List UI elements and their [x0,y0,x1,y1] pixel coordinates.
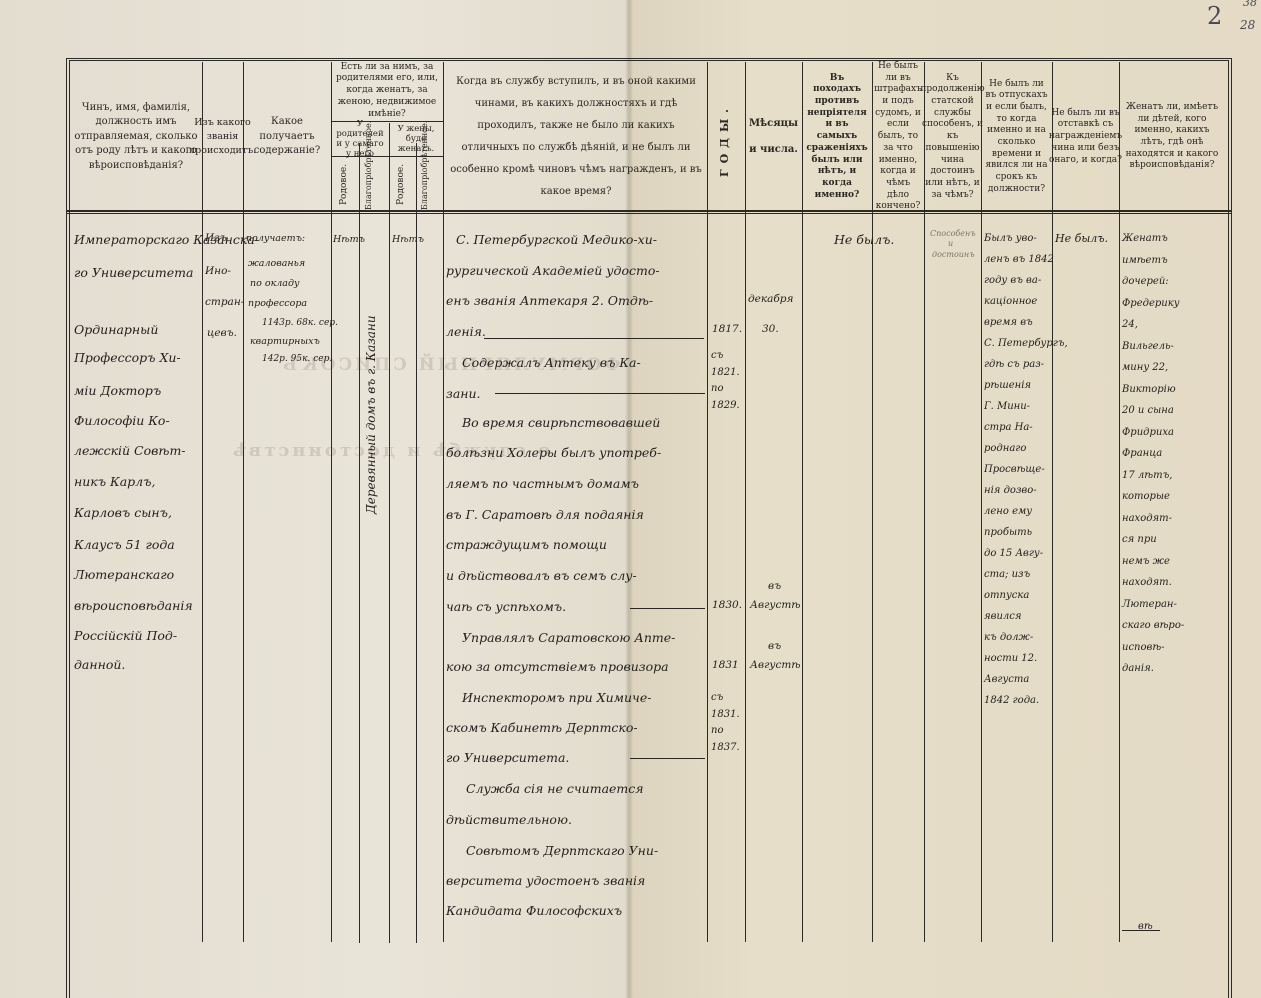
handwritten-line: С. Петербургъ, [984,333,1052,354]
handwritten-line: Кандидата Философскихъ [446,903,622,918]
entry-campaigns: Не былъ. [834,232,894,247]
handwritten-line: нія дозво- [984,480,1052,501]
header-property-parents: У родителей и у самаго у него [331,122,389,156]
handwritten-line: Лютеран- [1122,594,1222,616]
handwritten-line: го Университета [74,265,193,280]
month-value: въ [768,640,781,652]
handwritten-line: стран- [205,296,244,308]
handwritten-line: Франца [1122,443,1222,465]
handwritten-line: немъ же [1122,551,1222,573]
handwritten-line: Россійскій Под- [74,628,177,643]
year-value: съ 1821. по 1829. [711,348,743,414]
handwritten-line: получаетъ: [246,233,305,244]
header-family: Женатъ ли, имѣетъ ли дѣтей, кого именно,… [1119,64,1225,210]
header-penalties: Не былъ ли въ штрафахъ и подъ судомъ, и … [872,64,924,210]
handwritten-line: никъ Карлъ, [74,474,155,489]
handwritten-line: Профессоръ Хи- [74,350,181,365]
handwritten-line: находят. [1122,572,1222,594]
handwritten-line: Женатъ [1122,228,1222,250]
handwritten-line: Служба сія не считается [466,781,644,796]
header-salary: Какое получаетъ содержаніе? [243,64,331,210]
handwritten-line: Во время свирѣпствовавшей [462,415,660,430]
handwritten-line: лено ему [984,501,1052,522]
handwritten-line: Содержалъ Аптеку въ Ка- [462,355,641,370]
header-campaigns: Въ походахъ противъ непріятеля и въ самы… [802,64,872,210]
handwritten-line: 1143р. 68к. сер. [262,318,338,328]
handwritten-line: квартирныхъ [250,336,320,347]
handwritten-line: дочерей: [1122,271,1222,293]
fill-line [630,608,705,609]
col-divider [331,62,332,942]
handwritten-line: ленія. [446,324,486,339]
handwritten-line: по окладу [250,278,300,289]
handwritten-line: Фридриха [1122,422,1222,444]
year-value: 1830. [712,599,742,611]
handwritten-line: ленъ въ 1842 [984,249,1052,270]
handwritten-line: болѣзни Холеры былъ употреб- [446,445,661,460]
handwritten-line: Былъ уво- [984,228,1052,249]
col-divider [416,143,417,943]
header-ancestral-wife: Родовое. [396,160,407,208]
handwritten-line: дѣйствительною. [446,812,572,827]
header-service-record: Когда въ службу вступилъ, и въ оной каки… [445,64,707,210]
handwritten-line: 142р. 95к. сер. [262,354,332,364]
handwritten-line: пробыть [984,522,1052,543]
handwritten-line: го Университета. [446,750,569,765]
handwritten-line: скомъ Кабинетѣ Дерптско- [446,720,638,735]
handwritten-line: мину 22, [1122,357,1222,379]
month-value: Августѣ [750,659,801,671]
year-value: 1817. [712,323,742,335]
month-value: декабря [748,293,793,305]
entry-ancestral-wife: Нѣтъ [392,234,424,245]
pencil-page-number: 2 [1207,2,1222,30]
handwritten-line: Г. Мини- [984,396,1052,417]
handwritten-line: Вильгель- [1122,336,1222,358]
year-value: съ 1831. по 1837. [711,690,743,756]
fill-line [495,393,705,394]
handwritten-line: Августа [984,669,1052,690]
handwritten-line: время въ [984,312,1052,333]
handwritten-line: 1842 года. [984,690,1052,711]
month-value: 30. [762,323,779,335]
handwritten-line: ся при [1122,529,1222,551]
header-acquired-wife: Благопріобрѣтенное. [420,158,442,210]
col-divider [389,123,390,943]
handwritten-line: имѣетъ [1122,250,1222,272]
handwritten-line: С. Петербургской Медико-хи- [456,232,657,247]
handwritten-line: жалованья [248,258,305,269]
handwritten-line: Императорскаго Казанска- [74,232,259,247]
handwritten-line: рѣшенія [984,375,1052,396]
handwritten-line: исповѣ- [1122,637,1222,659]
handwritten-line: Философіи Ко- [74,413,170,428]
handwritten-line: ляемъ по частнымъ домамъ [446,476,639,491]
handwritten-line: году въ ва- [984,270,1052,291]
header-fitness: Къ продолженію статской службы способенъ… [924,64,981,210]
handwritten-line: вѣроисповѣданія [74,598,193,613]
handwritten-line: которые [1122,486,1222,508]
handwritten-line: Ино- [205,265,231,277]
header-months-days: Мѣсяцы и числа. [745,64,802,210]
handwritten-line: и дѣйствовалъ въ семъ слу- [446,568,637,583]
month-value: въ [768,580,781,592]
entry-family: Женатъ имѣетъ дочерей: Фредерику 24, Вил… [1122,228,1222,680]
month-value: Августѣ [750,599,801,611]
year-value: 1831 [712,659,739,671]
handwritten-line: страждущимъ помощи [446,537,607,552]
handwritten-line: данія. [1122,658,1222,680]
handwritten-line: зани. [446,386,481,401]
handwritten-line: цевъ. [207,327,237,339]
handwritten-line: леж­скій Совѣт- [74,443,186,458]
handwritten-line: Викторію [1122,379,1222,401]
header-leaves: Не былъ ли въ отпускахъ и если былъ, то … [981,64,1052,210]
header-ancestral-parents: Родовое. [339,160,350,208]
continuation-stroke [1122,930,1160,931]
handwritten-line: Клаусъ 51 года [74,537,175,552]
fill-line [630,758,705,759]
header-rank-name: Чинъ, имя, фамилія, должность имъ отправ… [70,64,202,210]
handwritten-line: енъ званія Аптекаря 2. Отдѣ- [446,293,653,308]
handwritten-line: до 15 Авгу- [984,543,1052,564]
header-years: ГОДЫ. [718,90,731,190]
handwritten-line: Инспекторомъ при Химиче- [462,690,651,705]
handwritten-line: роднаго [984,438,1052,459]
header-origin: Изъ какого званія происходитъ. [202,64,243,210]
handwritten-line: явился [984,606,1052,627]
handwritten-line: гдѣ съ раз- [984,354,1052,375]
col-divider [443,62,444,942]
handwritten-line: въ Г. Саратовѣ для подаянія [446,507,644,522]
entry-leaves: Былъ уво- ленъ въ 1842 году въ ва- кацiо… [984,228,1052,711]
handwritten-line: Совѣтомъ Дерптскаго Уни- [466,843,658,858]
folio-number-top: 38 [1243,0,1257,9]
col-divider [359,143,360,943]
fill-line [484,338,704,339]
handwritten-line: кою за отсутствіемъ провизора [446,659,669,674]
handwritten-line: верситета удостоенъ званія [446,873,645,888]
handwritten-line: профессора [248,298,307,309]
handwritten-line: кацiонное [984,291,1052,312]
header-acquired-parents: Благопріобрѣтенное. [364,158,386,210]
handwritten-line: рургической Академіей удосто- [446,263,660,278]
handwritten-line: Лютеранскаго [74,567,174,582]
handwritten-line: Ординарный [74,322,158,337]
entry-acquired-parents: Деревянный домъ въ г. Казани [364,250,378,580]
header-property: Есть ли за нимъ, за родителями его, или,… [331,60,443,122]
handwritten-line: Фредерику [1122,293,1222,315]
handwritten-line: стра На- [984,417,1052,438]
handwritten-line: 20 и сына [1122,400,1222,422]
handwritten-line: Управлялъ Саратовскою Апте- [462,630,675,645]
handwritten-line: и [948,239,953,248]
handwritten-line: 17 лѣтъ, [1122,465,1222,487]
handwritten-line: скаго вѣро- [1122,615,1222,637]
header-retirement: Не былъ ли въ отставкѣ съ награжденіемъ … [1052,64,1119,210]
entry-retirement: Не былъ. [1055,232,1108,245]
handwritten-line: Карловъ сынъ, [74,505,172,520]
handwritten-line: Изъ [205,232,227,244]
handwritten-line: ста; изъ [984,564,1052,585]
header-divider [66,210,1232,214]
handwritten-line: отпуска [984,585,1052,606]
handwritten-line: къ долж- [984,627,1052,648]
handwritten-line: находят- [1122,508,1222,530]
handwritten-line: міи Докторъ [74,383,161,398]
handwritten-line: Способенъ [930,229,976,238]
handwritten-line: чаѣ съ успѣхомъ. [446,599,566,614]
col-divider [707,62,708,942]
header-property-wife: У жены, буде женатъ. [389,122,443,156]
handwritten-line: данной. [74,657,125,672]
entry-ancestral-parents: Нѣтъ [333,234,365,245]
handwritten-line: ности 12. [984,648,1052,669]
handwritten-line: достоинъ [932,250,975,259]
handwritten-line: Просвѣще- [984,459,1052,480]
folio-number: 28 [1240,18,1255,32]
handwritten-line: 24, [1122,314,1222,336]
